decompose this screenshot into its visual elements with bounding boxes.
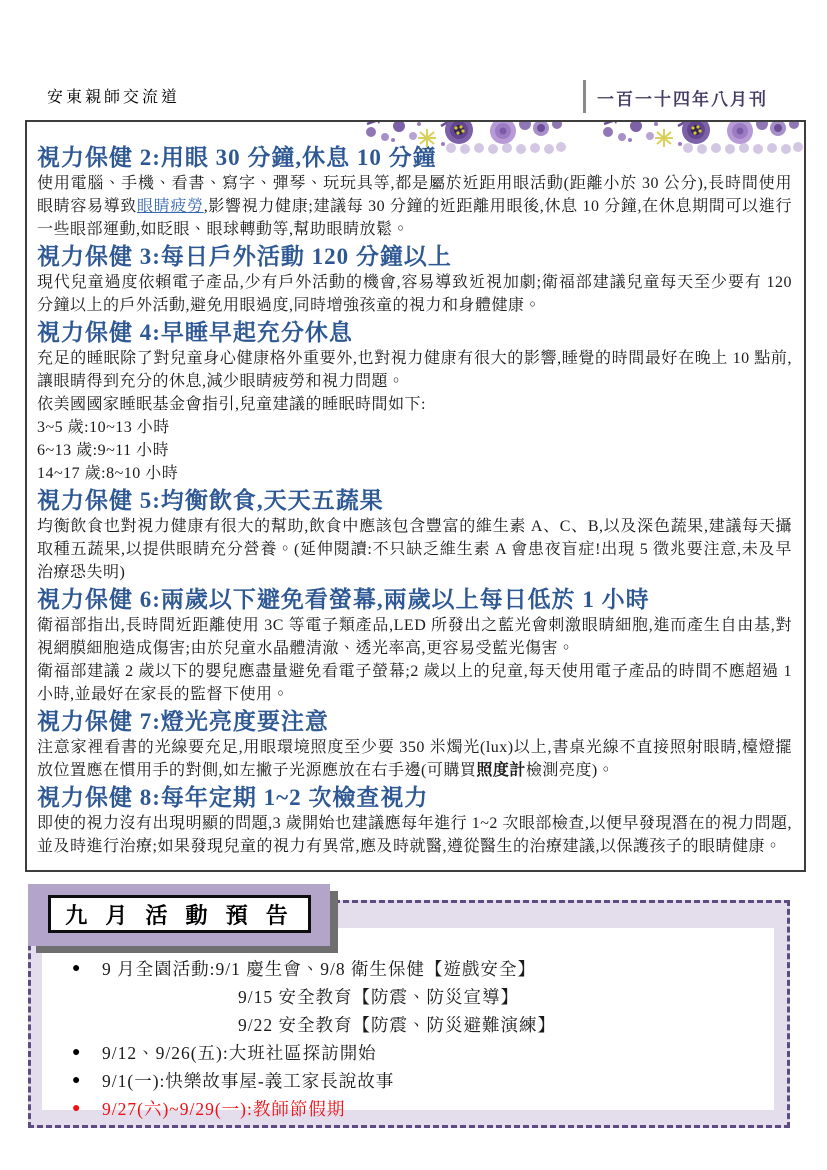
section-body-6b: 衛福部建議 2 歲以下的嬰兒應盡量避免看電子螢幕;2 歲以上的兒童,每天使用電子… (37, 660, 792, 706)
section-heading-6: 視力保健 6:兩歲以下避免看螢幕,兩歲以上每日低於 1 小時 (37, 586, 792, 613)
event-item: ● 9/12、9/26(五):大班社區探訪開始 (42, 1039, 774, 1067)
section-heading-8: 視力保健 8:每年定期 1~2 次檢查視力 (37, 784, 792, 811)
september-events-list: ● 9 月全園活動:9/1 慶生會、9/8 衛生保健【遊戲安全】 9/15 安全… (42, 928, 774, 1110)
section-body-5: 均衡飲食也對視力健康有很大的幫助,飲食中應該包含豐富的維生素 A、C、B,以及深… (37, 515, 792, 584)
section-heading-4: 視力保健 4:早睡早起充分休息 (37, 319, 792, 346)
bullet-icon: ● (72, 1095, 102, 1123)
section-body-7: 注意家裡看書的光線要充足,用眼環境照度至少要 350 米燭光(lux)以上,書桌… (37, 736, 792, 782)
bullet-icon: ● (72, 1067, 102, 1095)
sleep-age-line: 6~13 歲:9~11 小時 (37, 439, 792, 462)
vision-care-article-box: 視力保健 2:用眼 30 分鐘,休息 10 分鐘 使用電腦、手機、看書、寫字、彈… (25, 120, 806, 872)
flower-border (355, 120, 805, 154)
section-body-6a: 衛福部指出,長時間近距離使用 3C 等電子類產品,LED 所發出之藍光會刺激眼睛… (37, 614, 792, 660)
sleep-age-line: 14~17 歲:8~10 小時 (37, 462, 792, 485)
event-item-continuation: 9/22 安全教育【防震、防災避難演練】 (42, 1011, 774, 1039)
header-divider (583, 80, 586, 113)
section-body-3: 現代兒童過度依賴電子產品,少有戶外活動的機會,容易導致近視加劇;衛福部建議兒童每… (37, 271, 792, 317)
event-text: 9 月全園活動:9/1 慶生會、9/8 衛生保健【遊戲安全】 (102, 955, 536, 983)
issue-label: 一百一十四年八月刊 (597, 85, 768, 110)
event-text: 9/12、9/26(五):大班社區探訪開始 (102, 1039, 377, 1067)
sleep-guideline-intro: 依美國國家睡眠基金會指引,兒童建議的睡眠時間如下: (37, 393, 792, 416)
september-title-shadowbox: 九 月 活 動 預 告 (28, 884, 330, 946)
event-text: 9/27(六)~9/29(一):教師節假期 (102, 1095, 345, 1123)
event-item-continuation: 9/15 安全教育【防震、防災宣導】 (42, 983, 774, 1011)
event-text: 9/1(一):快樂故事屋-義工家長說故事 (102, 1067, 394, 1095)
sleep-age-line: 3~5 歲:10~13 小時 (37, 416, 792, 439)
body-text: 檢測亮度)。 (526, 762, 614, 779)
bullet-icon: ● (72, 1039, 102, 1067)
section-body-8: 即使的視力沒有出現明顯的問題,3 歲開始也建議應每年進行 1~2 次眼部檢查,以… (37, 812, 792, 858)
flower-border-icon (592, 120, 805, 154)
newsletter-page: 安東親師交流道 一百一十四年八月刊 (0, 0, 827, 1170)
body-text: 注意家裡看書的光線要充足,用眼環境照度至少要 350 米燭光(lux)以上,書桌… (37, 739, 792, 779)
section-heading-5: 視力保健 5:均衡飲食,天天五蔬果 (37, 487, 792, 514)
section-body-2: 使用電腦、手機、看書、寫字、彈琴、玩玩具等,都是屬於近距用眼活動(距離小於 30… (37, 172, 792, 241)
event-item-holiday: ● 9/27(六)~9/29(一):教師節假期 (42, 1095, 774, 1123)
flower-border-icon (355, 120, 568, 154)
event-text: 9/22 安全教育【防震、防災避難演練】 (238, 1011, 556, 1039)
section-heading-7: 視力保健 7:燈光亮度要注意 (37, 708, 792, 735)
event-item: ● 9/1(一):快樂故事屋-義工家長說故事 (42, 1067, 774, 1095)
lux-meter-emphasis: 照度計 (476, 762, 526, 779)
section-heading-3: 視力保健 3:每日戶外活動 120 分鐘以上 (37, 243, 792, 270)
event-item: ● 9 月全園活動:9/1 慶生會、9/8 衛生保健【遊戲安全】 (42, 955, 774, 983)
eye-fatigue-link[interactable]: 眼睛疲勞 (137, 198, 204, 215)
event-text: 9/15 安全教育【防震、防災宣導】 (238, 983, 519, 1011)
newsletter-name: 安東親師交流道 (47, 84, 180, 107)
september-title: 九 月 活 動 預 告 (48, 895, 311, 933)
section-body-4: 充足的睡眠除了對兒童身心健康格外重要外,也對視力健康有很大的影響,睡覺的時間最好… (37, 347, 792, 393)
bullet-icon: ● (72, 955, 102, 983)
